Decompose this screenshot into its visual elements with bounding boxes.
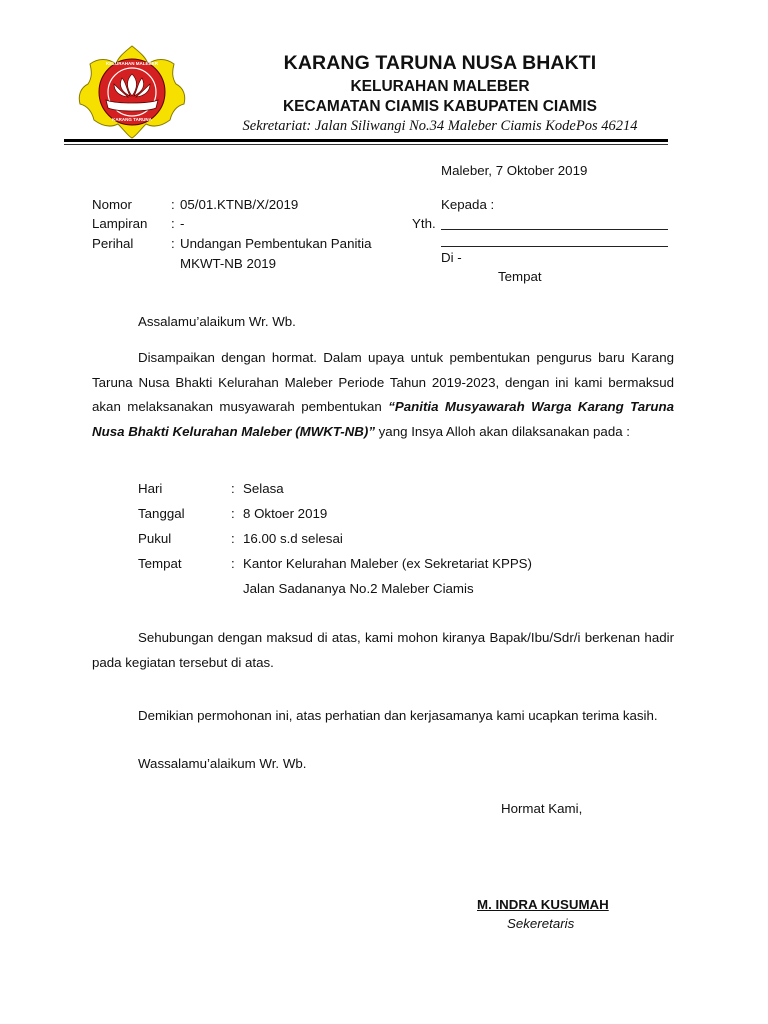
meta-value-nomor: 05/01.KTNB/X/2019 (180, 197, 298, 212)
schedule-value-hari: Selasa (243, 481, 284, 496)
meta-label-perihal: Perihal (92, 236, 133, 251)
schedule-value-pukul: 16.00 s.d selesai (243, 531, 343, 546)
meta-sep: : (171, 197, 175, 212)
meta-sep: : (171, 236, 175, 251)
meta-value-perihal-line2: MKWT-NB 2019 (180, 256, 276, 271)
signatory-title: Sekeretaris (507, 916, 574, 931)
schedule-sep: : (231, 506, 235, 521)
schedule-sep: : (231, 531, 235, 546)
svg-text:KELURAHAN MALEBER: KELURAHAN MALEBER (106, 61, 159, 66)
org-name-heading: KARANG TARUNA NUSA BHAKTI (200, 52, 680, 75)
karang-taruna-emblem-icon: KELURAHAN MALEBER KARANG TARUNA (76, 42, 188, 142)
opening-greeting: Assalamu’alaikum Wr. Wb. (138, 314, 296, 329)
schedule-value-tanggal: 8 Oktoer 2019 (243, 506, 327, 521)
letterhead-divider-thick (64, 139, 668, 142)
svg-text:KARANG TARUNA: KARANG TARUNA (112, 117, 152, 122)
paragraph-invitation: Disampaikan dengan hormat. Dalam upaya u… (92, 346, 674, 444)
recipient-kepada: Kepada : (441, 197, 494, 212)
meta-label-lampiran: Lampiran (92, 216, 147, 231)
recipient-tempat: Tempat (498, 269, 542, 284)
place-date: Maleber, 7 Oktober 2019 (441, 163, 587, 178)
paragraph-request-text: Sehubungan dengan maksud di atas, kami m… (92, 630, 674, 670)
closing-greeting: Wassalamu’alaikum Wr. Wb. (138, 756, 306, 771)
paragraph-request: Sehubungan dengan maksud di atas, kami m… (92, 626, 674, 675)
schedule-sep: : (231, 556, 235, 571)
schedule-value-tempat-line2: Jalan Sadananya No.2 Maleber Ciamis (243, 581, 474, 596)
recipient-di: Di - (441, 250, 462, 265)
meta-label-nomor: Nomor (92, 197, 132, 212)
paragraph-thanks: Demikian permohonan ini, atas perhatian … (138, 708, 658, 723)
signatory-name: M. INDRA KUSUMAH (477, 897, 609, 912)
paragraph-invitation-text-end: yang Insya Alloh akan dilaksanakan pada … (375, 424, 630, 439)
recipient-blank-line-2 (441, 246, 668, 247)
schedule-label-hari: Hari (138, 481, 162, 496)
recipient-blank-line-1 (441, 229, 668, 230)
schedule-label-tanggal: Tanggal (138, 506, 185, 521)
schedule-value-tempat: Kantor Kelurahan Maleber (ex Sekretariat… (243, 556, 532, 571)
letterhead-divider-thin (64, 144, 668, 145)
schedule-label-tempat: Tempat (138, 556, 182, 571)
secretariat-address: Sekretariat: Jalan Siliwangi No.34 Maleb… (200, 118, 680, 135)
signature-closing: Hormat Kami, (501, 801, 582, 816)
meta-sep: : (171, 216, 175, 231)
schedule-label-pukul: Pukul (138, 531, 171, 546)
schedule-sep: : (231, 481, 235, 496)
meta-value-lampiran: - (180, 216, 184, 231)
meta-value-perihal: Undangan Pembentukan Panitia (180, 236, 371, 251)
kecamatan-heading: KECAMATAN CIAMIS KABUPATEN CIAMIS (200, 98, 680, 116)
kelurahan-heading: KELURAHAN MALEBER (200, 78, 680, 96)
recipient-yth: Yth. (412, 216, 436, 231)
